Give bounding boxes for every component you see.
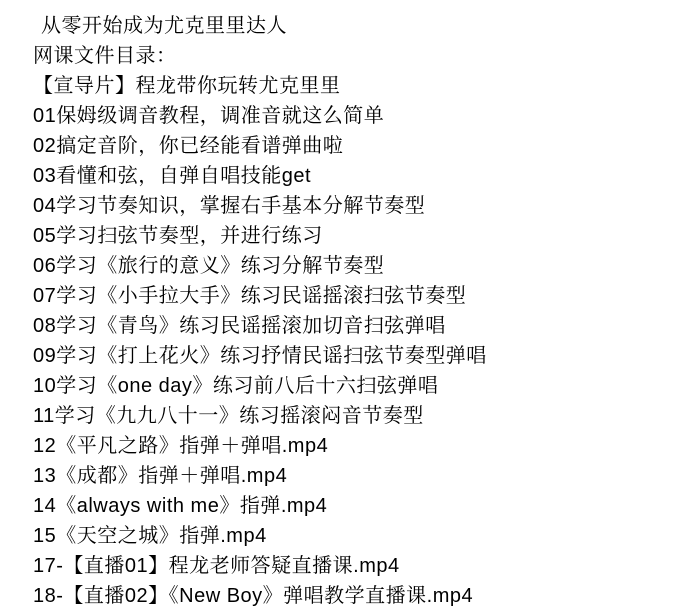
course-entry-line: 08学习《青鸟》练习民谣摇滚加切音扫弦弹唱 bbox=[33, 311, 690, 341]
course-entry-line: 07学习《小手拉大手》练习民谣摇滚扫弦节奏型 bbox=[33, 281, 690, 311]
course-entry-line: 18-【直播02】《New Boy》弹唱教学直播课.mp4 bbox=[33, 581, 690, 611]
course-entry-line: 01保姆级调音教程，调准音就这么简单 bbox=[33, 101, 690, 131]
course-entry-line: 06学习《旅行的意义》练习分解节奏型 bbox=[33, 251, 690, 281]
course-entry-line: 05学习扫弦节奏型，并进行练习 bbox=[33, 221, 690, 251]
course-entry-line: 03看懂和弦，自弹自唱技能get bbox=[33, 161, 690, 191]
course-entry-line: 09学习《打上花火》练习抒情民谣扫弦节奏型弹唱 bbox=[33, 341, 690, 371]
course-entry-line: 02搞定音阶，你已经能看谱弹曲啦 bbox=[33, 131, 690, 161]
course-entry-line: 14《always with me》指弹.mp4 bbox=[33, 491, 690, 521]
course-catalog-document: 从零开始成为尤克里里达人 网课文件目录： 【宣导片】程龙带你玩转尤克里里01保姆… bbox=[0, 0, 700, 616]
course-entry-line: 13《成都》指弹＋弹唱.mp4 bbox=[33, 461, 690, 491]
course-entry-line: 11学习《九九八十一》练习摇滚闷音节奏型 bbox=[33, 401, 690, 431]
course-entry-line: 12《平凡之路》指弹＋弹唱.mp4 bbox=[33, 431, 690, 461]
document-title: 从零开始成为尤克里里达人 bbox=[33, 11, 690, 41]
course-entry-list: 【宣导片】程龙带你玩转尤克里里01保姆级调音教程，调准音就这么简单02搞定音阶，… bbox=[33, 71, 690, 611]
course-entry-line: 04学习节奏知识，掌握右手基本分解节奏型 bbox=[33, 191, 690, 221]
course-entry-line: 17-【直播01】程龙老师答疑直播课.mp4 bbox=[33, 551, 690, 581]
course-entry-line: 10学习《one day》练习前八后十六扫弦弹唱 bbox=[33, 371, 690, 401]
course-entry-line: 15《天空之城》指弹.mp4 bbox=[33, 521, 690, 551]
catalog-heading: 网课文件目录： bbox=[33, 41, 690, 71]
course-entry-line: 【宣导片】程龙带你玩转尤克里里 bbox=[33, 71, 690, 101]
